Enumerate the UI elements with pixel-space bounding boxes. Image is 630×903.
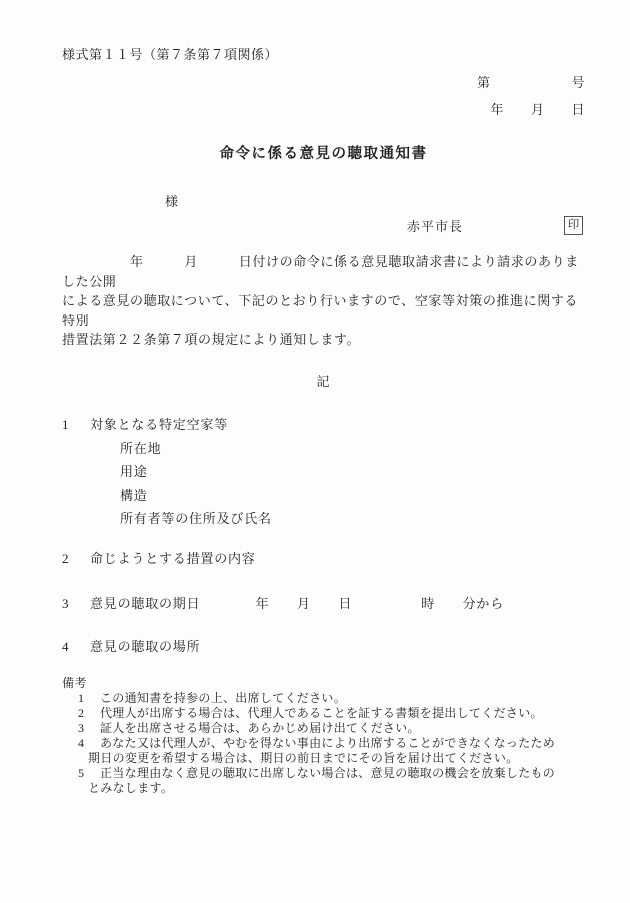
list-item-4: 4意見の聴取の場所 [62, 636, 585, 655]
page-title: 命令に係る意見の聴取通知書 [62, 142, 585, 163]
note-number: 5 [78, 766, 100, 781]
addressee-suffix: 様 [62, 191, 585, 210]
sub-item-use: 用途 [120, 460, 585, 484]
issuer-line: 赤平市長 印 [62, 216, 585, 235]
note-text: この通知書を持参の上、出席してください。 [100, 691, 346, 705]
note-item-4: 4あなた又は代理人が、やむを得ない事由により出席することができなくなったため [62, 736, 585, 751]
note-item-4-continuation: 期日の変更を希望する場合は、期日の前日までにその旨を届け出てください。 [62, 751, 585, 766]
sub-item-owner: 所有者等の住所及び氏名 [120, 507, 585, 531]
note-text: 正当な理由なく意見の聴取に出席しない場合は、意見の聴取の機会を放棄したもの [100, 766, 555, 780]
document-number-line: 第 号 [62, 72, 585, 91]
item-label: 意見の聴取の期日 年 月 日 時 分から [90, 596, 504, 611]
list-item-3: 3意見の聴取の期日 年 月 日 時 分から [62, 593, 585, 612]
note-text: 証人を出席させる場合は、あらかじめ届け出てください。 [100, 721, 420, 735]
item-label: 命じようとする措置の内容 [90, 551, 256, 566]
note-text: 代理人が出席する場合は、代理人であることを証する書類を提出してください。 [100, 706, 543, 720]
item-1-sublist: 所在地 用途 構造 所有者等の住所及び氏名 [62, 437, 585, 531]
notes-section: 備考 1この通知書を持参の上、出席してください。 2代理人が出席する場合は、代理… [62, 674, 585, 796]
item-number: 4 [62, 639, 90, 655]
date-line: 年 月 日 [62, 99, 585, 118]
note-item-5: 5正当な理由なく意見の聴取に出席しない場合は、意見の聴取の機会を放棄したもの [62, 766, 585, 781]
list-item-2: 2命じようとする措置の内容 [62, 548, 585, 567]
seal-stamp-box: 印 [564, 216, 583, 235]
body-line-3: 措置法第２２条第７項の規定により通知します。 [62, 330, 585, 350]
notes-heading: 備考 [62, 674, 585, 691]
note-number: 3 [78, 721, 100, 736]
sub-item-structure: 構造 [120, 484, 585, 508]
note-number: 2 [78, 706, 100, 721]
ki-marker: 記 [62, 371, 585, 390]
body-line-2: による意見の聴取について、下記のとおり行いますので、空家等対策の推進に関する特別 [62, 291, 585, 330]
item-number: 3 [62, 596, 90, 612]
note-text: あなた又は代理人が、やむを得ない事由により出席することができなくなったため [100, 736, 555, 750]
issuer-name: 赤平市長 [407, 216, 463, 235]
note-item-5-continuation: とみなします。 [62, 781, 585, 796]
note-item-1: 1この通知書を持参の上、出席してください。 [62, 691, 585, 706]
item-label: 意見の聴取の場所 [90, 639, 200, 654]
item-number: 2 [62, 551, 90, 567]
form-number: 様式第１１号（第７条第７項関係） [62, 44, 585, 63]
sub-item-location: 所在地 [120, 437, 585, 461]
note-item-3: 3証人を出席させる場合は、あらかじめ届け出てください。 [62, 721, 585, 736]
list-item-1: 1対象となる特定空家等 [62, 414, 585, 433]
item-number: 1 [62, 417, 90, 433]
document-page: 様式第１１号（第７条第７項関係） 第 号 年 月 日 命令に係る意見の聴取通知書… [0, 0, 630, 903]
note-item-2: 2代理人が出席する場合は、代理人であることを証する書類を提出してください。 [62, 706, 585, 721]
body-line-1: 年 月 日付けの命令に係る意見聴取請求書により請求のありました公開 [62, 252, 585, 291]
item-label: 対象となる特定空家等 [90, 417, 228, 432]
body-paragraph: 年 月 日付けの命令に係る意見聴取請求書により請求のありました公開 による意見の… [62, 252, 585, 350]
note-number: 4 [78, 736, 100, 751]
note-number: 1 [78, 691, 100, 706]
